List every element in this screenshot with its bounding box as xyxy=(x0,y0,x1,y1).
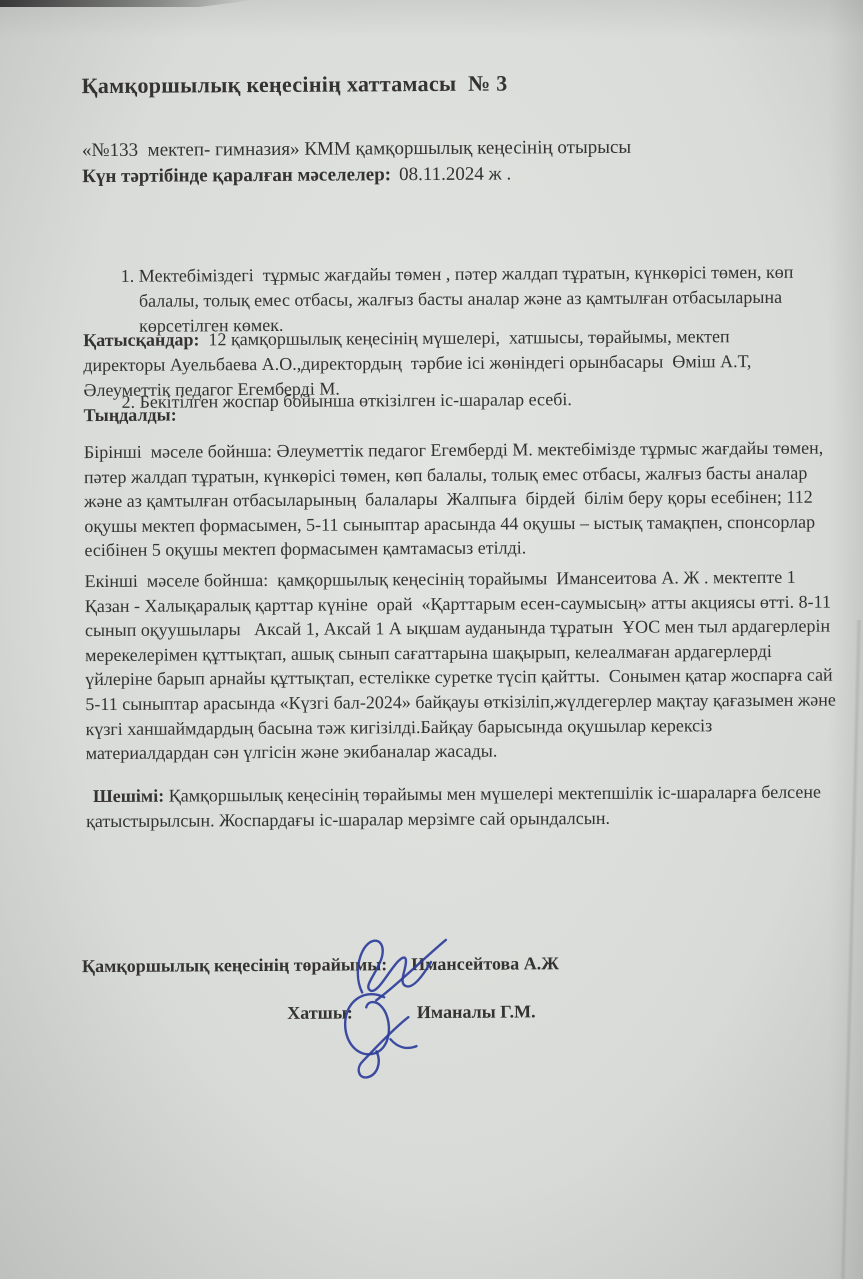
second-issue-paragraph: Екінші мәселе бойнша: қамқоршылық кеңесі… xyxy=(85,565,838,766)
agenda-label: Күн тәртібінде қаралған мәселелер: xyxy=(82,164,391,187)
document-title: Қамқоршылық кеңесінің хаттамасы № 3 xyxy=(82,69,722,99)
participants-label: Қатысқандар: xyxy=(83,329,199,350)
decision-text: Қамқоршылық кеңесінің төрайымы мен мүшел… xyxy=(86,782,826,832)
agenda-line: Күн тәртібінде қаралған мәселелер:08.11.… xyxy=(82,160,802,190)
agenda-date: 08.11.2024 ж . xyxy=(399,163,511,185)
chair-signature-line: Қамқоршылық кеңесінің төрайымы:Имансейто… xyxy=(82,953,559,977)
decision-label: Шешімі: xyxy=(93,786,164,806)
document-content: Қамқоршылық кеңесінің хаттамасы № 3 «№13… xyxy=(0,0,863,1279)
secretary-signature-ink xyxy=(332,985,448,1084)
heard-label: Тыңдалды: xyxy=(84,403,177,429)
first-issue-paragraph: Бірінші мәселе бойнша: Әлеуметтік педаго… xyxy=(84,436,833,564)
participants-paragraph: Қатысқандар: 12 қамқоршылық кеңесінің мү… xyxy=(83,324,815,403)
decision-paragraph: Шешімі: Қамқоршылық кеңесінің төрайымы м… xyxy=(86,780,826,835)
scanned-document-page: Қамқоршылық кеңесінің хаттамасы № 3 «№13… xyxy=(0,0,863,1279)
